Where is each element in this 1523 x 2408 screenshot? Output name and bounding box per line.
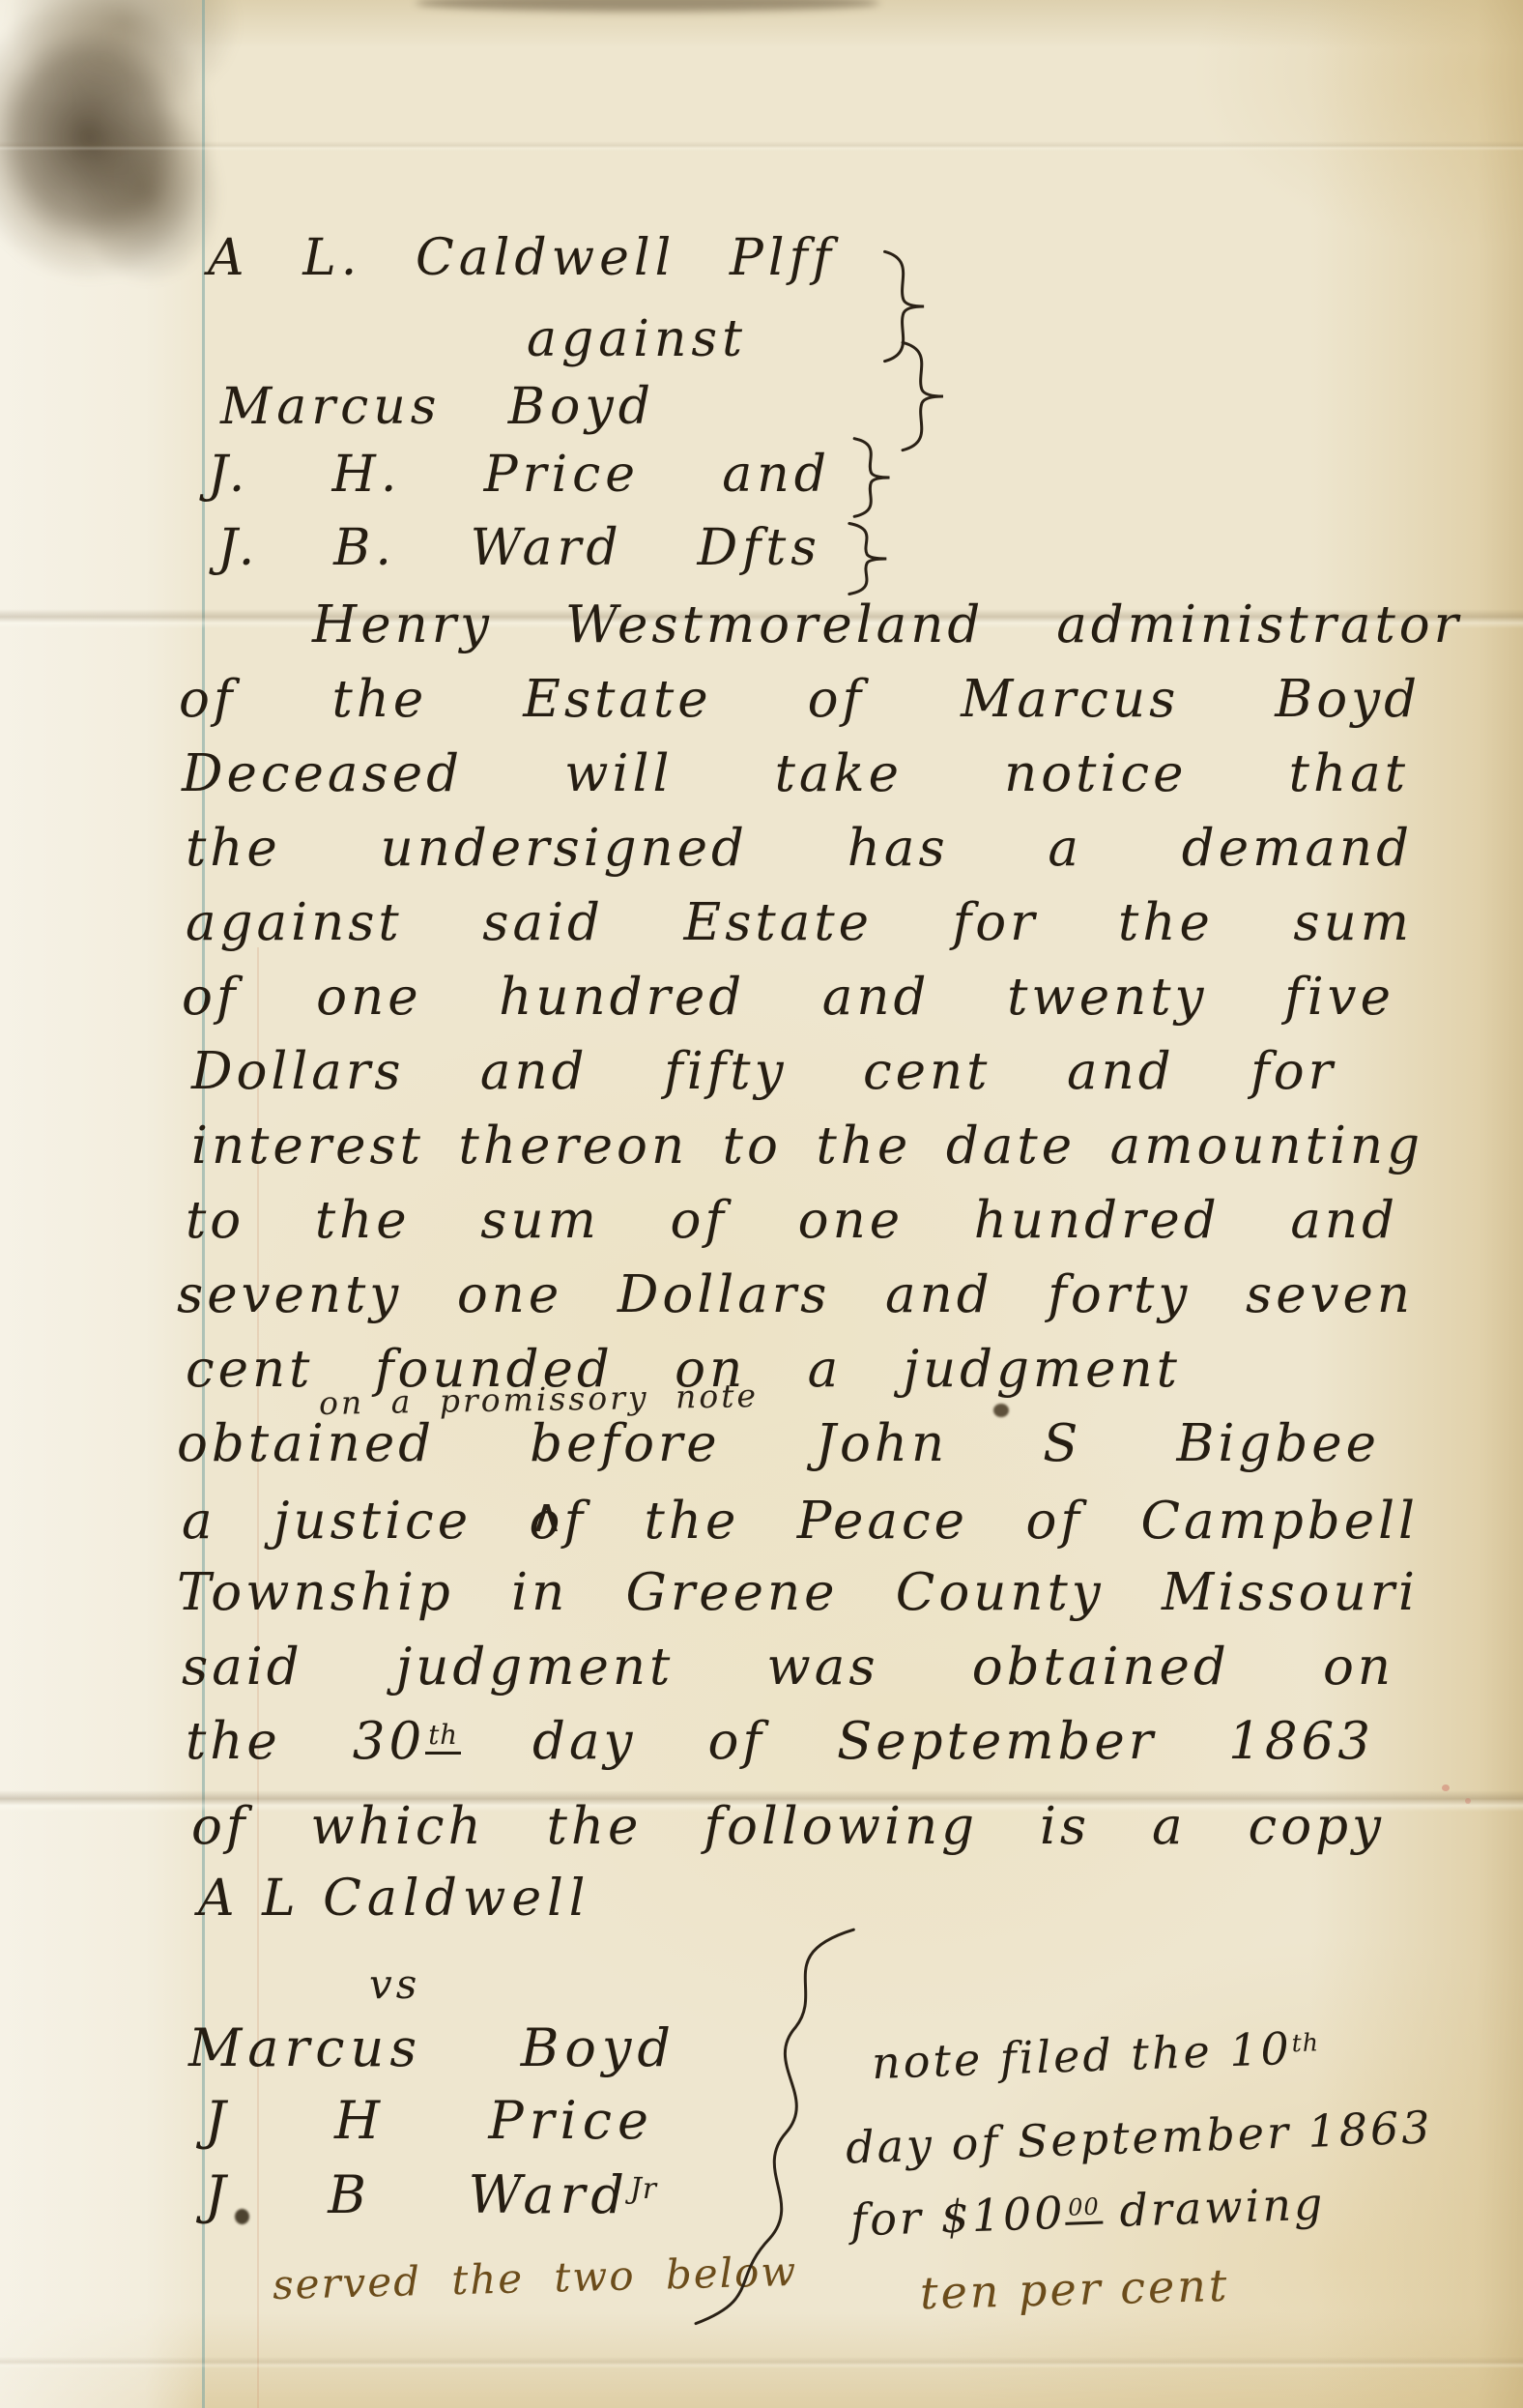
body-line: seventy one Dollars and forty seven (177, 1266, 1414, 1325)
header-against-label: against (527, 311, 747, 369)
body-line: said judgment was obtained on (182, 1639, 1394, 1697)
amount-cents: 00 (1065, 2192, 1104, 2224)
brace-icon (676, 1926, 870, 2332)
body-line: against said Estate for the sum (186, 894, 1413, 953)
edge-smudge (416, 0, 879, 12)
filing-date-prefix: note filed the 10 (871, 2022, 1293, 2089)
caption-defendant: Marcus Boyd (188, 2018, 676, 2078)
ink-stain (0, 0, 280, 348)
body-line-part: obtained (177, 1414, 435, 1473)
body-line: Deceased will take notice that (182, 745, 1409, 804)
amount-suffix: drawing (1102, 2177, 1326, 2237)
filing-note-line: note filed the 10th (871, 2022, 1320, 2089)
date-prefix: the 30 (186, 1712, 425, 1771)
brace-icon (843, 437, 893, 518)
document-page: A L. Caldwell Plff against Marcus Boyd J… (0, 0, 1523, 2408)
body-line: of the Estate of Marcus Boyd (179, 671, 1421, 730)
body-line: Township in Greene County Missouri (177, 1564, 1419, 1623)
fold-crease (0, 141, 1523, 151)
brace-icon (837, 522, 890, 595)
filing-note-line: ten per cent (919, 2260, 1230, 2319)
ordinal-suffix: th (425, 1720, 461, 1755)
paper-speck (1442, 1784, 1450, 1791)
body-line: to the sum of one hundred and (186, 1192, 1398, 1251)
header-plaintiff-line: A L. Caldwell Plff (208, 230, 836, 288)
header-defendant-line: J. B. Ward Dfts (217, 520, 821, 578)
body-line: obtained before John S Bigbee (177, 1415, 1380, 1474)
caption-plaintiff: A L Caldwell (198, 1871, 590, 1929)
body-line: interest thereon to the date amounting (191, 1117, 1423, 1176)
body-line: the undersigned has a demand (186, 820, 1413, 879)
paper-speck (1465, 1798, 1471, 1804)
body-line: of which the following is a copy (191, 1798, 1385, 1857)
defendant-name: J B Ward (205, 2165, 630, 2225)
body-line: Dollars and fifty cent and for (191, 1043, 1336, 1102)
header-defendant-line: Marcus Boyd (220, 379, 655, 437)
filing-note-line: day of September 1863 (845, 2102, 1433, 2173)
fold-crease (0, 2357, 1523, 2368)
body-line-part: before John S Bigbee (530, 1414, 1380, 1473)
caption-defendant: J H Price (205, 2091, 654, 2151)
body-line: of one hundred and twenty five (182, 969, 1394, 1028)
body-line-date: the 30th day of September 1863 (186, 1713, 1374, 1772)
brace-icon (889, 340, 947, 452)
filing-note-line: for $10000 drawing (849, 2178, 1326, 2246)
defendant-suffix: Jr (630, 2172, 657, 2206)
caption-defendant: J B WardJr (205, 2165, 657, 2225)
body-line: a justice of the Peace of Campbell (182, 1493, 1419, 1552)
amount-prefix: for $100 (849, 2187, 1066, 2247)
caption-vs-label: vs (369, 1960, 420, 2008)
header-defendant-line: J. H. Price and (208, 447, 831, 505)
ordinal-suffix: th (1291, 2028, 1319, 2057)
date-rest: day of September 1863 (461, 1712, 1374, 1771)
body-line: Henry Westmoreland administrator (312, 596, 1462, 655)
